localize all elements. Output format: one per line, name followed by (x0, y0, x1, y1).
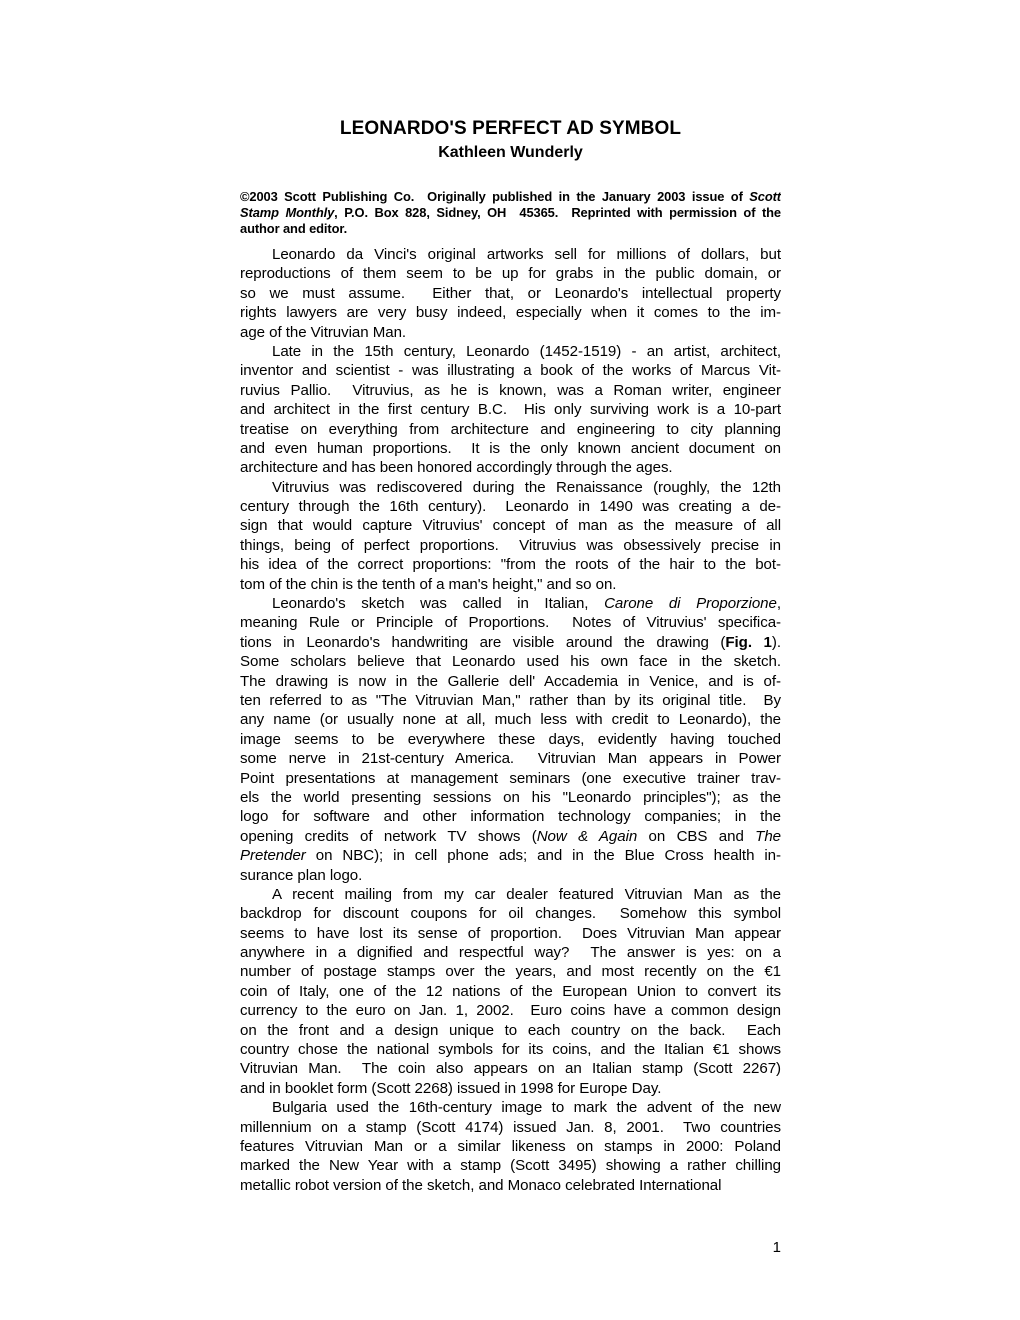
text-segment: millennium on a stamp (Scott 4174) issue… (240, 1119, 781, 1136)
text-line: marked the New Year with a stamp (Scott … (240, 1156, 781, 1175)
text-line: surance plan logo. (240, 866, 781, 885)
text-segment: Late in the 15th century, Leonardo (1452… (272, 343, 781, 360)
author-name: Kathleen Wunderly (240, 143, 781, 163)
text-line: inventor and scientist - was illustratin… (240, 361, 781, 380)
paragraph: A recent mailing from my car dealer feat… (240, 885, 781, 1098)
text-line: and even human proportions. It is the on… (240, 439, 781, 458)
text-line: ruvius Pallio. Vitruvius, as he is known… (240, 381, 781, 400)
article-body: Leonardo da Vinci's original artworks se… (240, 245, 781, 1195)
text-segment: opening credits of network TV shows ( (240, 828, 537, 845)
text-line: features Vitruvian Man or a similar like… (240, 1137, 781, 1156)
text-line: Vitruvius was rediscovered during the Re… (240, 478, 781, 497)
text-line: Some scholars believe that Leonardo used… (240, 652, 781, 671)
text-segment: Stamp Monthly (240, 205, 334, 220)
text-line: reproductions of them seem to be up for … (240, 264, 781, 283)
text-segment: Leonardo's sketch was called in Italian, (272, 595, 604, 612)
text-segment: century through the 16th century). Leona… (240, 498, 781, 515)
text-segment: architecture and has been honored accord… (240, 459, 673, 476)
text-segment: A recent mailing from my car dealer feat… (272, 886, 781, 903)
text-segment: rights lawyers are very busy indeed, esp… (240, 304, 781, 321)
text-line: backdrop for discount coupons for oil ch… (240, 904, 781, 923)
text-segment: meaning Rule or Principle of Proportions… (240, 614, 781, 631)
text-segment: , (777, 595, 781, 612)
text-segment: seems to have lost its sense of proporti… (240, 925, 781, 942)
text-line: seems to have lost its sense of proporti… (240, 924, 781, 943)
text-line: some nerve in 21st-century America. Vitr… (240, 749, 781, 768)
text-segment: Fig. 1 (725, 634, 771, 651)
text-segment: Vitruvius was rediscovered during the Re… (272, 479, 781, 496)
text-segment: coin of Italy, one of the 12 nations of … (240, 983, 781, 1000)
text-segment: age of the Vitruvian Man. (240, 324, 406, 341)
text-line: image seems to be everywhere these days,… (240, 730, 781, 749)
text-segment: on CBS and (637, 828, 755, 845)
text-segment: Pretender (240, 847, 306, 864)
text-line: so we must assume. Either that, or Leona… (240, 284, 781, 303)
text-segment: Leonardo da Vinci's original artworks se… (272, 246, 781, 263)
text-line: age of the Vitruvian Man. (240, 323, 781, 342)
text-segment: tom of the chin is the tenth of a man's … (240, 576, 616, 593)
text-segment: ten referred to as "The Vitruvian Man," … (240, 692, 781, 709)
text-segment: inventor and scientist - was illustratin… (240, 362, 781, 379)
text-line: metallic robot version of the sketch, an… (240, 1176, 781, 1195)
text-segment: so we must assume. Either that, or Leona… (240, 285, 781, 302)
text-line: on the front and a design unique to each… (240, 1021, 781, 1040)
text-segment: Bulgaria used the 16th-century image to … (272, 1099, 781, 1116)
text-line: tions in Leonardo's handwriting are visi… (240, 633, 781, 652)
text-segment: els the world presenting sessions on his… (240, 789, 781, 806)
text-line: Late in the 15th century, Leonardo (1452… (240, 342, 781, 361)
text-segment: country chose the national symbols for i… (240, 1041, 781, 1058)
text-segment: and even human proportions. It is the on… (240, 440, 781, 457)
text-segment: some nerve in 21st-century America. Vitr… (240, 750, 781, 767)
page-number: 1 (773, 1239, 781, 1257)
text-column: LEONARDO'S PERFECT AD SYMBOL Kathleen Wu… (240, 0, 781, 1320)
text-segment: author and editor. (240, 221, 347, 236)
text-segment: The (755, 828, 781, 845)
text-segment: number of postage stamps over the years,… (240, 963, 781, 980)
text-line: meaning Rule or Principle of Proportions… (240, 613, 781, 632)
text-segment: and architect in the first century B.C. … (240, 401, 781, 418)
text-segment: ©2003 Scott Publishing Co. Originally pu… (240, 189, 749, 204)
text-segment: Vitruvian Man. The coin also appears on … (240, 1060, 781, 1077)
text-line: century through the 16th century). Leona… (240, 497, 781, 516)
copyright-notice: ©2003 Scott Publishing Co. Originally pu… (240, 189, 781, 237)
text-line: number of postage stamps over the years,… (240, 962, 781, 981)
text-line: country chose the national symbols for i… (240, 1040, 781, 1059)
text-segment: The drawing is now in the Gallerie dell'… (240, 673, 781, 690)
text-line: treatise on everything from architecture… (240, 420, 781, 439)
text-line: anywhere in a dignified and respectful w… (240, 943, 781, 962)
text-line: Leonardo da Vinci's original artworks se… (240, 245, 781, 264)
text-segment: reproductions of them seem to be up for … (240, 265, 781, 282)
text-segment: backdrop for discount coupons for oil ch… (240, 905, 781, 922)
paragraph: Leonardo da Vinci's original artworks se… (240, 245, 781, 342)
paragraph: Leonardo's sketch was called in Italian,… (240, 594, 781, 885)
text-line: and architect in the first century B.C. … (240, 400, 781, 419)
text-line: millennium on a stamp (Scott 4174) issue… (240, 1118, 781, 1137)
text-segment: Scott (749, 189, 781, 204)
text-segment: features Vitruvian Man or a similar like… (240, 1138, 781, 1155)
text-line: opening credits of network TV shows (Now… (240, 827, 781, 846)
text-line: coin of Italy, one of the 12 nations of … (240, 982, 781, 1001)
text-line: his idea of the correct proportions: "fr… (240, 555, 781, 574)
text-line: Bulgaria used the 16th-century image to … (240, 1098, 781, 1117)
text-segment: metallic robot version of the sketch, an… (240, 1177, 721, 1194)
text-segment: on the front and a design unique to each… (240, 1022, 781, 1039)
text-line: els the world presenting sessions on his… (240, 788, 781, 807)
text-segment: Point presentations at management semina… (240, 770, 781, 787)
text-segment: treatise on everything from architecture… (240, 421, 781, 438)
text-line: Point presentations at management semina… (240, 769, 781, 788)
text-segment: surance plan logo. (240, 867, 362, 884)
text-line: Stamp Monthly, P.O. Box 828, Sidney, OH … (240, 205, 781, 221)
text-segment: on NBC); in cell phone ads; and in the B… (306, 847, 781, 864)
text-line: currency to the euro on Jan. 1, 2002. Eu… (240, 1001, 781, 1020)
text-line: Vitruvian Man. The coin also appears on … (240, 1059, 781, 1078)
text-line: and in booklet form (Scott 2268) issued … (240, 1079, 781, 1098)
text-segment: image seems to be everywhere these days,… (240, 731, 781, 748)
text-line: A recent mailing from my car dealer feat… (240, 885, 781, 904)
document-page: LEONARDO'S PERFECT AD SYMBOL Kathleen Wu… (0, 0, 1020, 1320)
text-segment: ). (772, 634, 781, 651)
text-segment: Now & Again (537, 828, 637, 845)
text-segment: sign that would capture Vitruvius' conce… (240, 517, 781, 534)
text-line: sign that would capture Vitruvius' conce… (240, 516, 781, 535)
text-line: things, being of perfect proportions. Vi… (240, 536, 781, 555)
text-segment: and in booklet form (Scott 2268) issued … (240, 1080, 661, 1097)
text-line: author and editor. (240, 221, 781, 237)
text-line: tom of the chin is the tenth of a man's … (240, 575, 781, 594)
text-segment: currency to the euro on Jan. 1, 2002. Eu… (240, 1002, 781, 1019)
page-title: LEONARDO'S PERFECT AD SYMBOL (240, 118, 781, 140)
text-line: ©2003 Scott Publishing Co. Originally pu… (240, 189, 781, 205)
text-segment: tions in Leonardo's handwriting are visi… (240, 634, 725, 651)
text-line: rights lawyers are very busy indeed, esp… (240, 303, 781, 322)
text-line: Leonardo's sketch was called in Italian,… (240, 594, 781, 613)
text-segment: anywhere in a dignified and respectful w… (240, 944, 781, 961)
text-segment: his idea of the correct proportions: "fr… (240, 556, 781, 573)
text-line: ten referred to as "The Vitruvian Man," … (240, 691, 781, 710)
text-segment: Some scholars believe that Leonardo used… (240, 653, 781, 670)
text-segment: any name (or usually none at all, much l… (240, 711, 781, 728)
paragraph: Bulgaria used the 16th-century image to … (240, 1098, 781, 1195)
text-segment: marked the New Year with a stamp (Scott … (240, 1157, 781, 1174)
text-line: Pretender on NBC); in cell phone ads; an… (240, 846, 781, 865)
text-segment: ruvius Pallio. Vitruvius, as he is known… (240, 382, 781, 399)
text-segment: Carone di Proporzione (604, 595, 777, 612)
text-line: any name (or usually none at all, much l… (240, 710, 781, 729)
text-segment: things, being of perfect proportions. Vi… (240, 537, 781, 554)
text-segment: , P.O. Box 828, Sidney, OH 45365. Reprin… (334, 205, 781, 220)
text-segment: logo for software and other information … (240, 808, 781, 825)
text-line: The drawing is now in the Gallerie dell'… (240, 672, 781, 691)
paragraph: Vitruvius was rediscovered during the Re… (240, 478, 781, 594)
text-line: logo for software and other information … (240, 807, 781, 826)
paragraph: Late in the 15th century, Leonardo (1452… (240, 342, 781, 478)
text-line: architecture and has been honored accord… (240, 458, 781, 477)
